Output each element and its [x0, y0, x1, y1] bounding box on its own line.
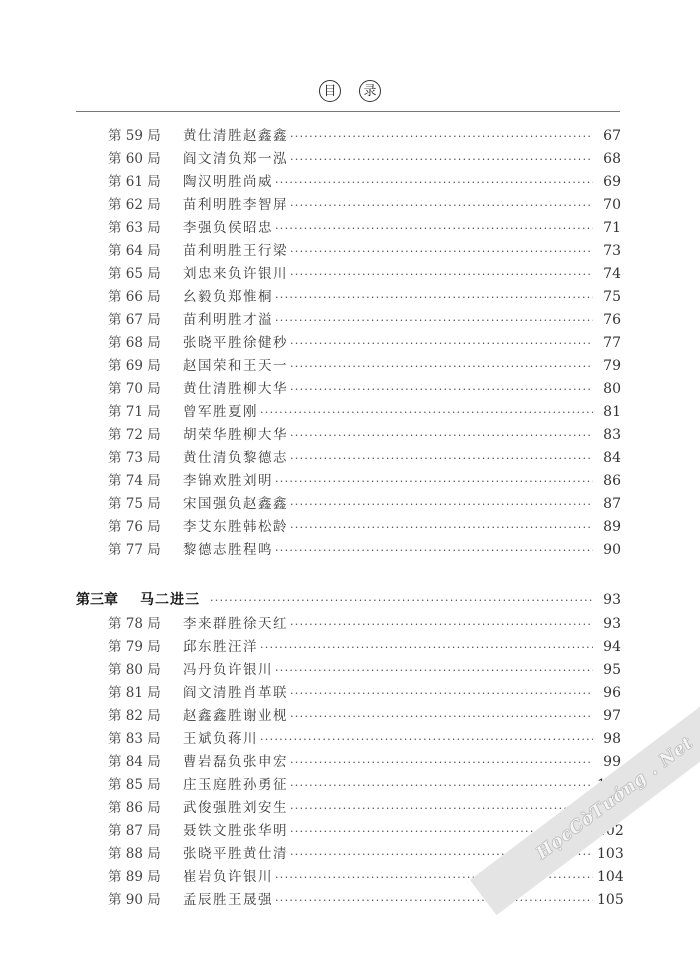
- dot-leader: [290, 752, 593, 774]
- game-number: 第 76 局: [108, 516, 183, 538]
- dot-leader: [275, 471, 593, 493]
- page-number: 83: [597, 424, 621, 446]
- dot-leader: [290, 425, 593, 447]
- game-title: 崔岩负许银川: [183, 866, 273, 888]
- game-number: 第 63 局: [108, 217, 183, 239]
- game-number: 第 62 局: [108, 194, 183, 216]
- heading-char-mu: 目: [319, 80, 341, 102]
- toc-heading: 目 录: [0, 80, 700, 106]
- game-number: 第 90 局: [108, 889, 183, 911]
- dot-leader: [290, 706, 593, 728]
- game-title: 曹岩磊负张申宏: [183, 751, 288, 773]
- page-number: 104: [597, 866, 621, 888]
- toc-entry[interactable]: 第 73 局黄仕清负黎德志84: [108, 447, 621, 469]
- page-number: 68: [597, 148, 621, 170]
- game-number: 第 79 局: [108, 636, 183, 658]
- game-number: 第 65 局: [108, 263, 183, 285]
- dot-leader: [290, 149, 593, 171]
- dot-leader: [275, 310, 593, 332]
- toc-entry[interactable]: 第 82 局赵鑫鑫胜谢业枧97: [108, 705, 621, 727]
- chapter-title: 马二进三: [140, 589, 200, 611]
- game-number: 第 81 局: [108, 682, 183, 704]
- page-number: 76: [597, 309, 621, 331]
- game-title: 苗利明胜才溢: [183, 309, 273, 331]
- game-number: 第 64 局: [108, 240, 183, 262]
- toc-entry[interactable]: 第 77 局黎德志胜程鸣90: [108, 539, 621, 561]
- toc-entry[interactable]: 第 85 局庄玉庭胜孙勇征100: [108, 774, 621, 796]
- toc-entry[interactable]: 第 71 局曾军胜夏刚81: [108, 401, 621, 423]
- chapter-number: 第三章: [76, 589, 140, 611]
- game-title: 幺毅负郑惟桐: [183, 286, 273, 308]
- page-number: 80: [597, 378, 621, 400]
- game-number: 第 67 局: [108, 309, 183, 331]
- header-divider: [76, 111, 620, 112]
- game-number: 第 61 局: [108, 171, 183, 193]
- dot-leader: [290, 195, 593, 217]
- game-title: 宋国强负赵鑫鑫: [183, 493, 288, 515]
- toc-entry[interactable]: 第 78 局李来群胜徐天红93: [108, 613, 621, 635]
- dot-leader: [275, 218, 593, 240]
- game-title: 武俊强胜刘安生: [183, 797, 288, 819]
- game-title: 王斌负蒋川: [183, 728, 258, 750]
- game-number: 第 78 局: [108, 613, 183, 635]
- toc-entry[interactable]: 第 90 局孟辰胜王晟强105: [108, 889, 621, 911]
- game-title: 赵国荣和王天一: [183, 355, 288, 377]
- game-title: 庄玉庭胜孙勇征: [183, 774, 288, 796]
- game-title: 邱东胜汪洋: [183, 636, 258, 658]
- dot-leader: [290, 798, 593, 820]
- toc-entry[interactable]: 第 61 局陶汉明胜尚威69: [108, 171, 621, 193]
- toc-entry[interactable]: 第 72 局胡荣华胜柳大华83: [108, 424, 621, 446]
- toc-entry[interactable]: 第 59 局黄仕清胜赵鑫鑫67: [108, 125, 621, 147]
- dot-leader: [290, 683, 593, 705]
- dot-leader: [290, 126, 593, 148]
- toc-entry[interactable]: 第 70 局黄仕清胜柳大华80: [108, 378, 621, 400]
- toc-entry[interactable]: 第 74 局李锦欢胜刘明86: [108, 470, 621, 492]
- toc-entry[interactable]: 第 65 局刘忠来负许银川74: [108, 263, 621, 285]
- page-number: 69: [597, 171, 621, 193]
- game-title: 张晓平胜黄仕清: [183, 843, 288, 865]
- game-number: 第 82 局: [108, 705, 183, 727]
- game-title: 苗利明胜王行梁: [183, 240, 288, 262]
- game-title: 曾军胜夏刚: [183, 401, 258, 423]
- dot-leader: [290, 379, 593, 401]
- toc-entry[interactable]: 第 86 局武俊强胜刘安生101: [108, 797, 621, 819]
- toc-entry[interactable]: 第 80 局冯丹负许银川95: [108, 659, 621, 681]
- page-number: 71: [597, 217, 621, 239]
- toc-entry[interactable]: 第 64 局苗利明胜王行梁73: [108, 240, 621, 262]
- game-number: 第 88 局: [108, 843, 183, 865]
- game-title: 李艾东胜韩松龄: [183, 516, 288, 538]
- page-number: 70: [597, 194, 621, 216]
- dot-leader: [290, 614, 593, 636]
- dot-leader: [290, 448, 593, 470]
- game-title: 李锦欢胜刘明: [183, 470, 273, 492]
- page-number: 94: [597, 636, 621, 658]
- toc-entry[interactable]: 第 69 局赵国荣和王天一79: [108, 355, 621, 377]
- dot-leader: [275, 172, 593, 194]
- page-number: 75: [597, 286, 621, 308]
- dot-leader: [290, 333, 593, 355]
- game-number: 第 73 局: [108, 447, 183, 469]
- toc-entry[interactable]: 第 75 局宋国强负赵鑫鑫87: [108, 493, 621, 515]
- game-number: 第 68 局: [108, 332, 183, 354]
- page-number: 84: [597, 447, 621, 469]
- dot-leader: [210, 590, 593, 612]
- game-title: 陶汉明胜尚威: [183, 171, 273, 193]
- toc-entry[interactable]: 第 62 局苗利明胜李智屏70: [108, 194, 621, 216]
- heading-char-lu: 录: [359, 80, 381, 102]
- dot-leader: [290, 241, 593, 263]
- chapter-heading[interactable]: 第三章 马二进三 93: [76, 589, 621, 611]
- game-number: 第 86 局: [108, 797, 183, 819]
- dot-leader: [275, 660, 593, 682]
- game-number: 第 71 局: [108, 401, 183, 423]
- game-title: 胡荣华胜柳大华: [183, 424, 288, 446]
- page-number: 86: [597, 470, 621, 492]
- game-title: 苗利明胜李智屏: [183, 194, 288, 216]
- toc-entry[interactable]: 第 68 局张晓平胜徐健秒77: [108, 332, 621, 354]
- page-number: 95: [597, 659, 621, 681]
- game-number: 第 70 局: [108, 378, 183, 400]
- dot-leader: [290, 517, 593, 539]
- game-title: 黎德志胜程鸣: [183, 539, 273, 561]
- game-title: 黄仕清负黎德志: [183, 447, 288, 469]
- game-title: 孟辰胜王晟强: [183, 889, 273, 911]
- game-title: 冯丹负许银川: [183, 659, 273, 681]
- game-title: 刘忠来负许银川: [183, 263, 288, 285]
- dot-leader: [290, 494, 593, 516]
- toc-entry[interactable]: 第 60 局阎文清负郑一泓68: [108, 148, 621, 170]
- game-number: 第 85 局: [108, 774, 183, 796]
- game-title: 黄仕清胜柳大华: [183, 378, 288, 400]
- dot-leader: [290, 775, 593, 797]
- dot-leader: [260, 637, 593, 659]
- page-number: 90: [597, 539, 621, 561]
- toc-entry[interactable]: 第 84 局曹岩磊负张申宏99: [108, 751, 621, 773]
- dot-leader: [290, 264, 593, 286]
- game-number: 第 80 局: [108, 659, 183, 681]
- dot-leader: [260, 402, 593, 424]
- page-number: 73: [597, 240, 621, 262]
- game-number: 第 84 局: [108, 751, 183, 773]
- dot-leader: [260, 729, 593, 751]
- game-title: 聂铁文胜张华明: [183, 820, 288, 842]
- page-number: 93: [597, 613, 621, 635]
- page-number: 98: [597, 728, 621, 750]
- game-title: 阎文清负郑一泓: [183, 148, 288, 170]
- page-number: 77: [597, 332, 621, 354]
- game-number: 第 75 局: [108, 493, 183, 515]
- dot-leader: [275, 287, 593, 309]
- game-title: 阎文清胜肖革联: [183, 682, 288, 704]
- page-number: 81: [597, 401, 621, 423]
- toc-entry[interactable]: 第 66 局幺毅负郑惟桐75: [108, 286, 621, 308]
- game-title: 李强负侯昭忠: [183, 217, 273, 239]
- game-number: 第 72 局: [108, 424, 183, 446]
- page-number: 93: [597, 589, 621, 611]
- game-title: 张晓平胜徐健秒: [183, 332, 288, 354]
- game-number: 第 60 局: [108, 148, 183, 170]
- toc-entry[interactable]: 第 67 局苗利明胜才溢76: [108, 309, 621, 331]
- game-number: 第 59 局: [108, 125, 183, 147]
- dot-leader: [275, 540, 593, 562]
- page-number: 74: [597, 263, 621, 285]
- toc-entry[interactable]: 第 83 局王斌负蒋川98: [108, 728, 621, 750]
- page-number: 97: [597, 705, 621, 727]
- dot-leader: [275, 890, 593, 912]
- toc-entry[interactable]: 第 81 局阎文清胜肖革联96: [108, 682, 621, 704]
- game-number: 第 69 局: [108, 355, 183, 377]
- game-title: 赵鑫鑫胜谢业枧: [183, 705, 288, 727]
- page-number: 105: [597, 889, 621, 911]
- dot-leader: [290, 356, 593, 378]
- page-number: 79: [597, 355, 621, 377]
- game-number: 第 83 局: [108, 728, 183, 750]
- game-number: 第 74 局: [108, 470, 183, 492]
- game-number: 第 89 局: [108, 866, 183, 888]
- game-number: 第 87 局: [108, 820, 183, 842]
- toc-entry[interactable]: 第 63 局李强负侯昭忠71: [108, 217, 621, 239]
- toc-entry[interactable]: 第 79 局邱东胜汪洋94: [108, 636, 621, 658]
- game-title: 黄仕清胜赵鑫鑫: [183, 125, 288, 147]
- page-number: 89: [597, 516, 621, 538]
- game-title: 李来群胜徐天红: [183, 613, 288, 635]
- page-number: 103: [597, 843, 621, 865]
- page-number: 67: [597, 125, 621, 147]
- game-number: 第 66 局: [108, 286, 183, 308]
- toc-entry[interactable]: 第 76 局李艾东胜韩松龄89: [108, 516, 621, 538]
- page-number: 96: [597, 682, 621, 704]
- game-number: 第 77 局: [108, 539, 183, 561]
- page-number: 87: [597, 493, 621, 515]
